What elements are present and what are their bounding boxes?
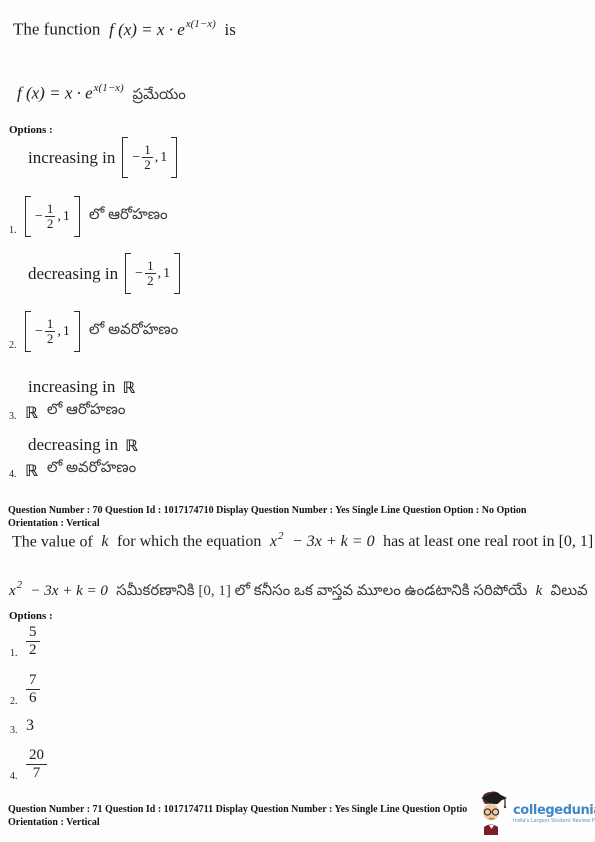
interval-bracket: − 12 , 1: [25, 196, 80, 237]
q70-formula-exponent-te: x(1−x): [94, 82, 124, 94]
right-bracket-icon: [171, 137, 177, 178]
fraction: 207: [26, 747, 47, 783]
q71-option-3: 3. 3: [10, 715, 34, 737]
q71-en-t1: The value of: [12, 533, 93, 550]
collegedunia-tagline: India's Largest Student Review Platform: [513, 819, 595, 825]
q70-option-1-en-text: increasing in: [28, 148, 115, 168]
q71-question-en: The value of k for which the equation x2…: [12, 531, 595, 551]
q71-equation-x: x: [270, 533, 277, 550]
q70-metadata-line2: Orientation : Vertical: [8, 517, 527, 530]
q71-options-label: Options :: [9, 610, 53, 622]
interval-right-endpoint: 1: [63, 209, 70, 225]
collegedunia-logo: collegedunia ® India's Largest Student R…: [477, 789, 595, 839]
real-numbers-symbol: ℝ: [122, 378, 135, 397]
q70-metadata: Question Number : 70 Question Id : 10171…: [8, 504, 527, 530]
minus-sign: −: [135, 266, 143, 282]
q70-option-3: 3. ℝ లో ఆరోహణం: [9, 401, 126, 423]
q70-formula-base: f (x) = x · e: [109, 20, 185, 39]
q70-option-2: 2. − 12 , 1 లో అవరోహణం: [9, 311, 178, 352]
q70-metadata-line1: Question Number : 70 Question Id : 10171…: [8, 504, 527, 517]
q71-option-1: 1. 52: [10, 624, 40, 660]
q71-metadata-line1: Question Number : 71 Question Id : 10171…: [8, 803, 467, 816]
interval-separator: ,: [57, 209, 61, 225]
q70-option-1-en: increasing in − 12 , 1: [28, 137, 177, 178]
fraction: 12: [45, 317, 56, 347]
q70-formula-exponent: x(1−x): [186, 18, 216, 30]
q70-option-3-te-text: లో ఆరోహణం: [47, 402, 126, 422]
right-bracket-icon: [74, 196, 80, 237]
q70-formula-base-te: f (x) = x · e: [17, 84, 93, 103]
interval-right-endpoint: 1: [63, 324, 70, 340]
q70-question-te: f (x) = x · ex(1−x) ప్రమేయం: [17, 83, 186, 107]
real-numbers-symbol: ℝ: [25, 461, 38, 480]
fraction: 12: [145, 259, 156, 289]
real-numbers-symbol: ℝ: [125, 436, 138, 455]
q71-question-te: x2 − 3x + k = 0 సమీకరణానికి [0, 1] లో కన…: [9, 580, 588, 603]
interval-separator: ,: [155, 150, 159, 166]
q71-equation-rest: − 3x + k = 0: [292, 533, 375, 550]
q70-option-2-en: decreasing in − 12 , 1: [28, 253, 180, 294]
option-number: 3.: [10, 725, 18, 736]
q70-en-prefix: The function: [13, 20, 100, 39]
fraction: 76: [26, 672, 40, 708]
q71-option-2: 2. 76: [10, 672, 40, 708]
real-numbers-symbol: ℝ: [25, 403, 38, 422]
option-number: 4.: [9, 469, 17, 480]
interval-bracket: − 12 , 1: [125, 253, 180, 294]
q70-option-3-en-text: increasing in: [28, 377, 115, 397]
minus-sign: −: [132, 150, 140, 166]
q70-en-suffix: is: [225, 20, 236, 39]
q70-option-1-te-text: లో ఆరోహణం: [89, 207, 168, 227]
option-number: 3.: [9, 411, 17, 422]
option-number: 4.: [10, 771, 18, 782]
minus-sign: −: [35, 209, 43, 225]
right-bracket-icon: [74, 311, 80, 352]
q71-en-t2: for which the equation: [117, 533, 261, 550]
q70-option-2-te-text: లో అవరోహణం: [89, 322, 178, 342]
q71-te-text2: విలువ: [551, 583, 588, 599]
q71-option-4: 4. 207: [10, 747, 47, 783]
q71-equation-rest-te: − 3x + k = 0: [30, 583, 107, 599]
minus-sign: −: [35, 324, 43, 340]
q71-k-variable: k: [101, 533, 108, 550]
q71-te-text1: సమీకరణానికి [0, 1] లో కనీసం ఒక వాస్తవ మూ…: [116, 583, 527, 599]
q70-option-1: 1. − 12 , 1 లో ఆరోహణం: [9, 196, 168, 237]
fraction: 52: [26, 624, 40, 660]
fraction: 12: [142, 143, 153, 173]
collegedunia-brand-block: collegedunia ® India's Largest Student R…: [513, 804, 595, 825]
interval-right-endpoint: 1: [163, 266, 170, 282]
option-number: 1.: [9, 225, 17, 236]
q71-equation-exponent: 2: [278, 530, 284, 542]
q70-te-word: ప్రమేయం: [132, 87, 185, 103]
q70-option-2-en-text: decreasing in: [28, 264, 118, 284]
interval-bracket: − 12 , 1: [122, 137, 177, 178]
option-number: 2.: [9, 340, 17, 351]
q70-option-4-te-text: లో అవరోహణం: [47, 460, 136, 480]
q71-en-t3: has at least one real root in [0, 1] is: [383, 533, 595, 550]
q71-k-variable-te: k: [536, 583, 543, 599]
q70-option-3-en: increasing in ℝ: [28, 377, 135, 397]
q70-question-en: The function f (x) = x · ex(1−x) is: [13, 19, 236, 40]
interval-separator: ,: [158, 266, 162, 282]
interval-bracket: − 12 , 1: [25, 311, 80, 352]
q70-option-4-en-text: decreasing in: [28, 435, 118, 455]
interval-separator: ,: [57, 324, 61, 340]
q71-metadata-line2: Orientation : Vertical: [8, 816, 467, 829]
q71-equation-exponent-te: 2: [17, 579, 23, 591]
option-number: 1.: [10, 648, 18, 659]
fraction: 12: [45, 202, 56, 232]
q70-option-4-en: decreasing in ℝ: [28, 435, 138, 455]
q71-equation-x-te: x: [9, 583, 16, 599]
right-bracket-icon: [174, 253, 180, 294]
q70-options-label: Options :: [9, 124, 53, 136]
q70-option-4: 4. ℝ లో అవరోహణం: [9, 459, 136, 481]
option-number: 2.: [10, 696, 18, 707]
exam-document-page: The function f (x) = x · ex(1−x) is f (x…: [0, 0, 595, 842]
collegedunia-brand-text: collegedunia: [513, 804, 595, 818]
q71-metadata: Question Number : 71 Question Id : 10171…: [8, 803, 467, 829]
collegedunia-mascot-icon: [477, 789, 509, 840]
option-value: 3: [26, 717, 34, 735]
interval-right-endpoint: 1: [160, 150, 167, 166]
